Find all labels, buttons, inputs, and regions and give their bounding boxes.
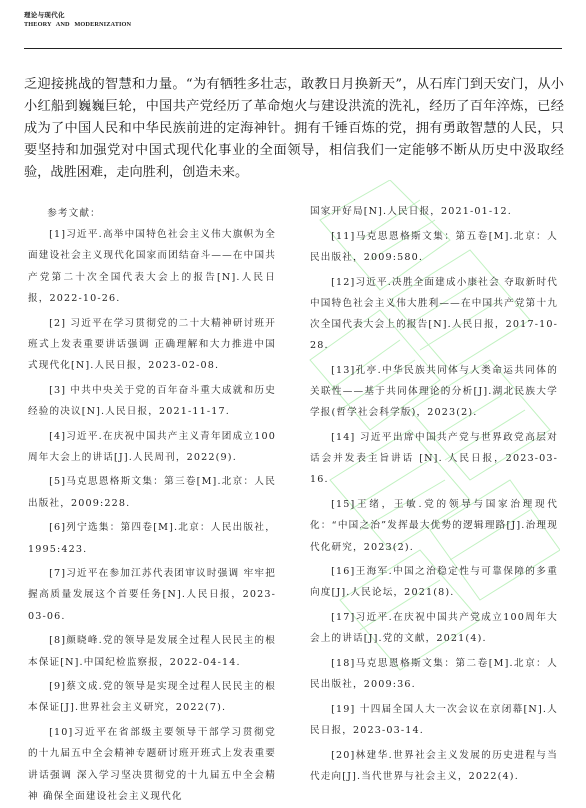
reference-item: [18]马克思恩格斯文集：第二卷[M].北京：人民出版社，2009:36. (310, 653, 558, 695)
journal-title-en: THEORY AND MODERNIZATION (24, 21, 131, 28)
reference-item: [11]马克思恩格斯文集：第五卷[M].北京：人民出版社，2009:580. (310, 226, 558, 268)
reference-item: [5]马克思恩格斯文集：第三卷[M].北京：人民出版社，2009:228. (28, 471, 276, 513)
header-divider (24, 48, 562, 49)
reference-item: [8]颜晓峰.党的领导是发展全过程人民民主的根本保证[N].中国纪检监察报，20… (28, 630, 276, 672)
reference-item: [19] 十四届全国人大一次会议在京闭幕[N].人民日报，2023-03-14. (310, 699, 558, 741)
reference-item: [7]习近平在参加江苏代表团审议时强调 牢牢把握高质量发展这个首要任务[N].人… (28, 563, 276, 627)
reference-item: [10]习近平在省部级主要领导干部学习贯彻党的十九届五中全会精神专题研讨班开班式… (28, 722, 276, 807)
journal-title-cn: 理论与现代化 (24, 10, 131, 19)
reference-item: [20]林建华.世界社会主义发展的历史进程与当代走向[J].当代世界与社会主义，… (310, 745, 558, 787)
reference-item: [15]王绪，王敏.党的领导与国家治理现代化：“中国之治”发挥最大优势的逻辑理路… (310, 494, 558, 558)
references-right-column: 国家开好局[N].人民日报，2021-01-12. [11]马克思恩格斯文集：第… (310, 201, 558, 791)
reference-item: [17]习近平.在庆祝中国共产党成立100周年大会上的讲话[J].党的文献，20… (310, 607, 558, 649)
reference-item: [2] 习近平在学习贯彻党的二十大精神研讨班开班式上发表重要讲话强调 正确理解和… (28, 313, 276, 377)
reference-item: [9]蔡文成.党的领导是实现全过程人民民主的根本保证[J].世界社会主义研究，2… (28, 676, 276, 718)
reference-item: [6]列宁选集：第四卷[M].北京：人民出版社，1995:423. (28, 517, 276, 559)
reference-item: [1]习近平.高举中国特色社会主义伟大旗帜为全面建设社会主义现代化国家而团结奋斗… (28, 224, 276, 309)
references-left-column: 参考文献： [1]习近平.高举中国特色社会主义伟大旗帜为全面建设社会主义现代化国… (28, 203, 276, 808)
reference-item: [3] 中共中央关于党的百年奋斗重大成就和历史经验的决议[N].人民日报，202… (28, 380, 276, 422)
reference-item: [4]习近平.在庆祝中国共产主义青年团成立100周年大会上的讲话[J].人民周刊… (28, 426, 276, 468)
reference-item: [13]孔亭.中华民族共同体与人类命运共同体的关联性——基于共同体理论的分析[J… (310, 360, 558, 424)
reference-continuation: 国家开好局[N].人民日报，2021-01-12. (310, 201, 558, 222)
body-paragraph: 乏迎接挑战的智慧和力量。“为有牺牲多壮志，敢教日月换新天”，从石库门到天安门，从… (24, 74, 564, 184)
references-heading: 参考文献： (28, 203, 276, 224)
reference-item: [12]习近平.决胜全面建成小康社会 夺取新时代中国特色社会主义伟大胜利——在中… (310, 272, 558, 357)
reference-item: [16]王海军.中国之治稳定性与可靠保障的多重向度[J].人民论坛，2021(8… (310, 561, 558, 603)
reference-item: [14] 习近平出席中国共产党与世界政党高层对话会并发表主旨讲话 [N]. 人民… (310, 427, 558, 491)
journal-header: 理论与现代化 THEORY AND MODERNIZATION (24, 10, 131, 28)
